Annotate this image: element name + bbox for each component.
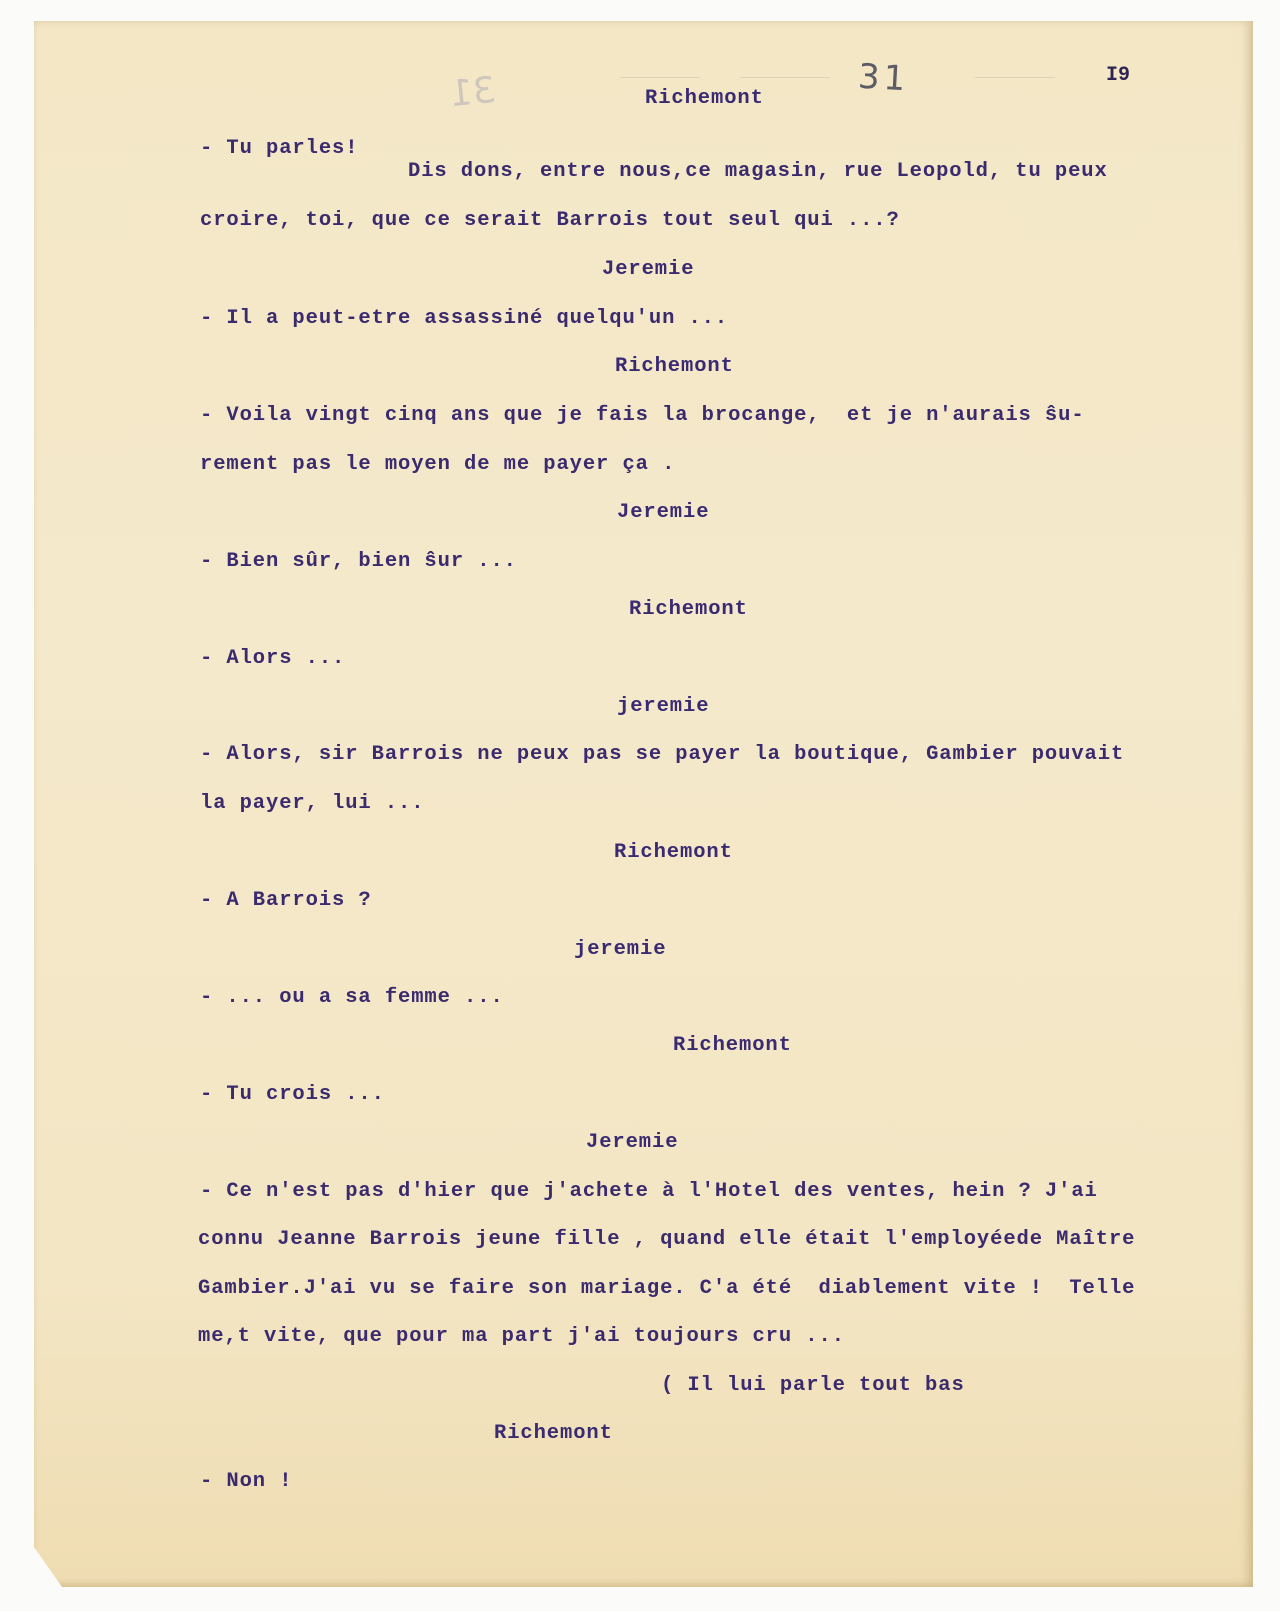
ghost-rule	[620, 77, 700, 78]
dialogue-line: croire, toi, que ce serait Barrois tout …	[200, 211, 900, 232]
dialogue-line: - Ce n'est pas d'hier que j'achete à l'H…	[200, 1182, 1098, 1203]
speaker-name: Richemont	[615, 357, 734, 378]
dialogue-line: - Tu parles!	[200, 139, 358, 160]
dialogue-line: - Voila vingt cinq ans que je fais la br…	[200, 406, 1085, 427]
speaker-name: Richemont	[673, 1036, 792, 1057]
ghost-rule	[740, 77, 830, 78]
typed-page-number: I9	[1106, 64, 1130, 87]
speaker-name: jeremie	[574, 940, 666, 961]
speaker-name: Richemont	[645, 89, 764, 110]
dialogue-line: - Tu crois ...	[200, 1085, 385, 1106]
dialogue-line: me,t vite, que pour ma part j'ai toujour…	[198, 1327, 845, 1348]
speaker-name: Jeremie	[602, 260, 694, 281]
dialogue-line: - Bien sûr, bien ŝur ...	[200, 552, 517, 573]
ghost-rule	[975, 77, 1055, 78]
speaker-name: Richemont	[494, 1424, 613, 1445]
speaker-name: Richemont	[614, 843, 733, 864]
dialogue-line: Gambier.J'ai vu se faire son mariage. C'…	[198, 1279, 1135, 1300]
dialogue-line: - A Barrois ?	[200, 891, 372, 912]
dialogue-line: la payer, lui ...	[200, 794, 424, 815]
stage-direction: ( Il lui parle tout bas	[661, 1376, 965, 1397]
faint-reverse-page-number: 31	[448, 70, 498, 116]
dialogue-line: Dis dons, entre nous,ce magasin, rue Leo…	[408, 162, 1108, 183]
speaker-name: jeremie	[617, 697, 709, 718]
dialogue-line: - Non !	[200, 1472, 292, 1493]
dialogue-line: - Il a peut-etre assassiné quelqu'un ...	[200, 309, 728, 330]
dialogue-line: rement pas le moyen de me payer ça .	[200, 455, 675, 476]
dialogue-line: - ... ou a sa femme ...	[200, 988, 504, 1009]
speaker-name: Jeremie	[586, 1133, 678, 1154]
handwritten-page-number: 31	[857, 57, 910, 100]
dialogue-line: connu Jeanne Barrois jeune fille , quand…	[198, 1230, 1135, 1251]
speaker-name: Richemont	[629, 600, 748, 621]
speaker-name: Jeremie	[617, 503, 709, 524]
dialogue-line: - Alors, sir Barrois ne peux pas se paye…	[200, 745, 1124, 766]
dialogue-line: - Alors ...	[200, 649, 345, 670]
